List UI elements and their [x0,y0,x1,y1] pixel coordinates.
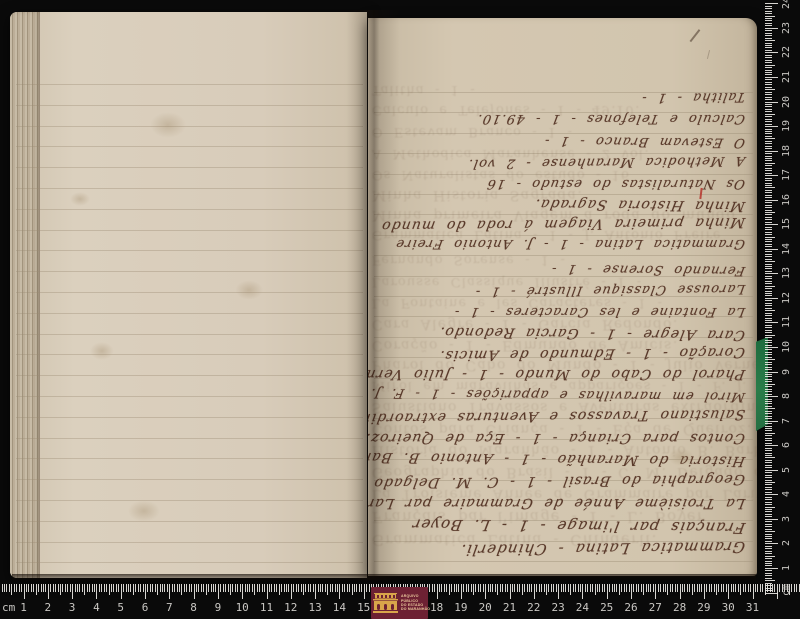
ruler-tick [706,584,707,592]
ruler-tick [694,584,695,592]
ruler-tick [548,584,549,592]
archive-logo: ARQUIVO PÚBLICO DO ESTADO DO MARANHÃO [371,587,428,619]
ruler-tick [765,448,772,449]
ruler-tick [765,65,775,66]
ruler-number: 22 [521,601,547,614]
ruler-tick [765,16,775,17]
ruler-tick [765,87,772,88]
ruler-tick [765,438,772,439]
ruler-tick [495,584,496,592]
ruler-tick [245,584,246,592]
ruler-number: 11 [254,601,280,614]
ruler-tick [765,504,772,505]
ruler-tick [240,584,241,592]
ruler-tick [765,79,772,80]
ruler-tick [590,584,591,592]
ruler-tick [604,584,605,592]
ruler-tick [500,584,501,592]
ruler-tick [60,584,61,595]
ruler-tick [53,584,54,592]
ruler-tick [682,584,683,592]
ruler-tick [9,584,10,592]
ruler-tick [128,584,129,592]
ruler-tick [765,563,772,564]
ruler-tick [765,440,772,441]
scan-canvas: Talitha - 1 -Calculo e Telefones - 1 - 4… [0,0,800,619]
ruler-number: 14 [781,238,793,260]
ruler-tick [359,584,360,592]
ruler-tick [65,584,66,592]
ruler-tick [765,271,772,272]
ruler-tick [259,584,260,592]
ruler-tick [765,173,772,174]
ruler-tick [765,546,772,547]
ruler-tick [592,584,593,592]
ruler-tick [765,141,772,142]
rule-line [16,271,363,272]
ruler-tick [458,584,459,592]
ruler-tick [296,584,297,592]
ruler-tick [765,156,772,157]
ruler-tick [765,295,772,296]
ruler-tick [765,470,778,471]
ruler-tick [223,584,224,592]
ruler-tick [765,77,778,78]
ruler-tick [726,584,727,592]
ruler-tick [765,102,778,103]
ruler-tick [765,92,772,93]
ruler-tick [765,266,772,267]
ruler-tick [784,584,785,592]
ruler-tick [687,584,688,592]
ruler-tick [765,435,772,436]
ruler-tick [429,584,430,592]
ruler-tick [765,457,775,458]
ruler-tick [33,584,34,592]
ruler-number: 23 [545,601,571,614]
ruler-tick [765,332,772,333]
ruler-tick [322,584,323,592]
ruler-tick [143,584,144,592]
ruler-number: 24 [569,601,595,614]
rule-line [16,479,363,480]
ruler-tick [765,497,772,498]
ruler-tick [461,584,462,599]
ruler-tick [55,584,56,592]
ruler-tick [765,170,772,171]
ruler-tick [765,310,775,311]
ruler-tick [765,160,772,161]
ruler-tick [791,584,792,592]
ruler-tick [765,303,772,304]
ruler-tick [765,229,772,230]
ruler-tick [765,146,772,147]
ruler-tick [101,584,102,592]
ruler-tick [765,261,775,262]
ruler-tick [189,584,190,592]
ruler-tick [463,584,464,592]
ruler-tick [38,584,39,592]
ruler-tick [765,114,775,115]
ruler-tick [716,584,717,595]
ruler-tick [765,138,775,139]
ruler-tick [488,584,489,592]
ruler-tick [619,584,620,595]
ruler-number: 12 [278,601,304,614]
ruler-tick [765,308,772,309]
ruler-tick [356,584,357,592]
ruler-tick [658,584,659,592]
ruler-tick [735,584,736,592]
ruler-tick [765,212,775,213]
ruler-tick [765,286,775,287]
ruler-tick [765,126,778,127]
ruler-tick [157,584,158,595]
ruler-tick [765,300,772,301]
ruler-tick [337,584,338,592]
ruler-tick [765,455,772,456]
ruler-tick [14,584,15,592]
ruler-tick [774,584,775,592]
ruler-tick [765,45,772,46]
ruler-tick [765,244,772,245]
ruler-tick [160,584,161,592]
ruler-tick [765,11,772,12]
ruler-tick [765,38,772,39]
ruler-tick [145,584,146,599]
ruler-tick [753,584,754,599]
ruler-tick [631,584,632,599]
ruler-tick [765,192,772,193]
ruler-tick [262,584,263,592]
ruler-tick [607,584,608,599]
ruler-tick [441,584,442,592]
ruler-number: 4 [83,601,109,614]
ruler-tick [28,584,29,592]
ruler-tick [765,593,778,594]
ruler-tick [765,116,772,117]
ruler-tick [643,584,644,595]
ruler-tick [43,584,44,592]
ruler-tick [140,584,141,592]
rule-line [16,354,363,355]
ruler-tick [308,584,309,592]
rule-line [16,250,363,251]
ruler-tick [247,584,248,592]
ruler-tick [765,104,772,105]
ruler-tick [765,40,775,41]
ruler-tick [70,584,71,592]
ruler-tick [765,119,772,120]
ruler-tick [765,313,772,314]
ruler-tick [765,175,778,176]
ruler-tick [344,584,345,592]
ruler-tick [249,584,250,592]
ruler-tick [765,430,772,431]
ruler-tick [342,584,343,592]
ruler-tick [517,584,518,592]
ruler-number: 3 [781,508,793,530]
ruler-tick [765,8,772,9]
ruler-tick [2,584,3,592]
ruler-tick [26,584,27,592]
ruler-tick [765,534,772,535]
ruler-number: 17 [781,164,793,186]
ruler-tick [556,584,557,592]
ruler-tick [505,584,506,592]
ruler-tick [301,584,302,592]
ruler-tick [274,584,275,592]
ruler-tick [665,584,666,592]
ruler-tick [490,584,491,592]
ruler-number: 28 [667,601,693,614]
ruler-tick [765,70,772,71]
ruler-tick [553,584,554,592]
ruler-tick [765,460,772,461]
ruler-tick [765,492,772,493]
ruler-tick [264,584,265,592]
ruler-tick [546,584,547,595]
ruler-tick [303,584,304,595]
ruler-tick [201,584,202,592]
ruler-tick [75,584,76,592]
ruler-tick [765,553,772,554]
ruler-tick [765,18,772,19]
ruler-tick [765,82,772,83]
ruler-tick [16,584,17,592]
ruler-tick [235,584,236,592]
page-stain [235,280,263,300]
ruler-tick [777,584,778,599]
ruler-tick [305,584,306,592]
ruler-number: 2 [781,532,793,554]
ruler-tick [765,428,772,429]
ruler-tick [709,584,710,592]
ruler-tick [288,584,289,592]
ruler-tick [767,584,768,592]
ruler-tick [765,590,772,591]
ruler-tick [483,584,484,592]
ruled-lines-left [10,12,367,578]
ruler-tick [765,246,772,247]
ruler-tick [765,50,772,51]
ruler-tick [765,502,772,503]
ruler-tick [701,584,702,592]
ruler-number: 10 [781,336,793,358]
ruler-tick [765,52,778,53]
ruler-tick [587,584,588,592]
ruler-tick [765,62,772,63]
ruler-tick [578,584,579,592]
ruler-tick [475,584,476,592]
ruler-tick [446,584,447,592]
ruler-tick [765,227,772,228]
ruler-tick [480,584,481,592]
ruler-tick [332,584,333,592]
ruler-tick [765,516,772,517]
ruler-tick [765,121,772,122]
ruler-tick [745,584,746,592]
ruler-number: 13 [781,262,793,284]
ruler-tick [616,584,617,592]
ruler-tick [765,210,772,211]
ruler-tick [765,109,772,110]
ruler-tick [92,584,93,592]
ruler-tick [206,584,207,595]
ruler-tick [765,494,778,495]
ruler-tick [561,584,562,592]
ruler-number: 3 [59,601,85,614]
ruler-tick [638,584,639,592]
ruler-tick [765,237,775,238]
ruler-tick [765,578,772,579]
ruler-tick [126,584,127,592]
ruler-tick [765,33,772,34]
ruler-tick [62,584,63,592]
ruler-tick [215,584,216,592]
ruler-tick [765,25,772,26]
ruler-tick [765,538,772,539]
ruler-tick [765,315,772,316]
ruler-tick [84,584,85,595]
ruler-tick [765,480,772,481]
ruler-tick [196,584,197,592]
ruler-tick [155,584,156,592]
ruler-tick [765,278,772,279]
handwriting-line: Contos para Criança - 1 - Eça de Queiroz… [372,427,747,448]
rule-line [16,334,363,335]
ruler-tick [563,584,564,592]
ruler-tick [31,584,32,592]
ruler-number: 26 [618,601,644,614]
ruler-tick [765,131,772,132]
ruler-tick [765,482,775,483]
ruler-tick [765,291,772,292]
rule-line [16,167,363,168]
ruler-tick [765,426,772,427]
page-stain [150,112,186,138]
ruler-tick [169,584,170,599]
ruler-tick [765,178,772,179]
ruler-tick [242,584,243,599]
rule-line [16,542,363,543]
ruler-number: 22 [781,41,793,63]
rule-line [16,417,363,418]
ruler-tick [796,584,797,592]
ruler-tick [595,584,596,595]
ruler-tick [432,584,433,592]
ruler-tick [72,584,73,599]
ruler-number: 24 [781,0,793,14]
ruler-tick [765,453,772,454]
ruler-tick [327,584,328,595]
ruler-tick [789,584,790,595]
ruler-tick [765,529,772,530]
ruler-tick [565,584,566,592]
rule-line [16,438,363,439]
ruler-tick [765,129,772,130]
ruler-tick [670,584,671,592]
ruler-tick [507,584,508,592]
ruler-tick [765,6,772,7]
notebook-spread: Talitha - 1 -Calculo e Telefones - 1 - 4… [10,10,757,580]
ruler-tick [765,214,772,215]
ruler-tick [77,584,78,592]
ruler-tick [765,264,772,265]
ruler-tick [765,55,772,56]
ruler-number: 1 [11,601,37,614]
ruler-tick [765,23,772,24]
ruler-tick [291,584,292,599]
ruler-tick [765,224,778,225]
ruler-number: 30 [715,601,741,614]
ruler-tick [765,190,772,191]
ruler-tick [765,259,772,260]
ruler-tick [765,241,772,242]
ruler-tick [765,28,778,29]
ruler-tick [765,477,772,478]
ruler-tick [765,585,772,586]
ruler-tick [276,584,277,592]
ruler-tick [765,74,772,75]
ruler-tick [318,584,319,592]
ruler-tick [439,584,440,592]
ruler-number: 10 [229,601,255,614]
ruler-tick [675,584,676,592]
ruler-tick [466,584,467,592]
ruler-number: 9 [781,361,793,383]
ruler-tick [449,584,450,595]
ruler-tick [760,584,761,592]
ruler-tick [755,584,756,592]
handwriting-line: Français par l'image - 1 - L. Boyer [372,513,747,538]
ruler-tick [354,584,355,592]
ruler-tick [286,584,287,592]
ruler-tick [765,232,772,233]
ruler-tick [41,584,42,592]
ruler-tick [765,335,775,336]
ruler-tick [667,584,668,595]
ruler-tick [765,450,772,451]
ruler-number: 9 [205,601,231,614]
ruler-tick [181,584,182,595]
ruler-tick [184,584,185,592]
ruler-tick [663,584,664,592]
ruler-tick [757,584,758,592]
handwriting-line: Grammatica Latina - Chinderli. [372,536,746,561]
ruler-tick [208,584,209,592]
ruler-tick [765,60,772,61]
ruler-tick [772,584,773,592]
ruler-tick [765,322,778,323]
ruler-tick [298,584,299,592]
ruler-tick [765,97,772,98]
ruler-tick [765,489,772,490]
ruler-tick [765,573,772,574]
ruler-tick [6,584,7,592]
ruler-number: 23 [781,17,793,39]
ruler-tick [67,584,68,592]
ruler-tick [602,584,603,592]
ruler-tick [366,584,367,592]
ruler-tick [116,584,117,592]
ruler-tick [198,584,199,592]
ruler-tick [765,558,772,559]
ruler-tick [765,507,775,508]
ruler-tick [765,94,772,95]
ruler-number: 21 [781,66,793,88]
ruler-tick [765,180,772,181]
